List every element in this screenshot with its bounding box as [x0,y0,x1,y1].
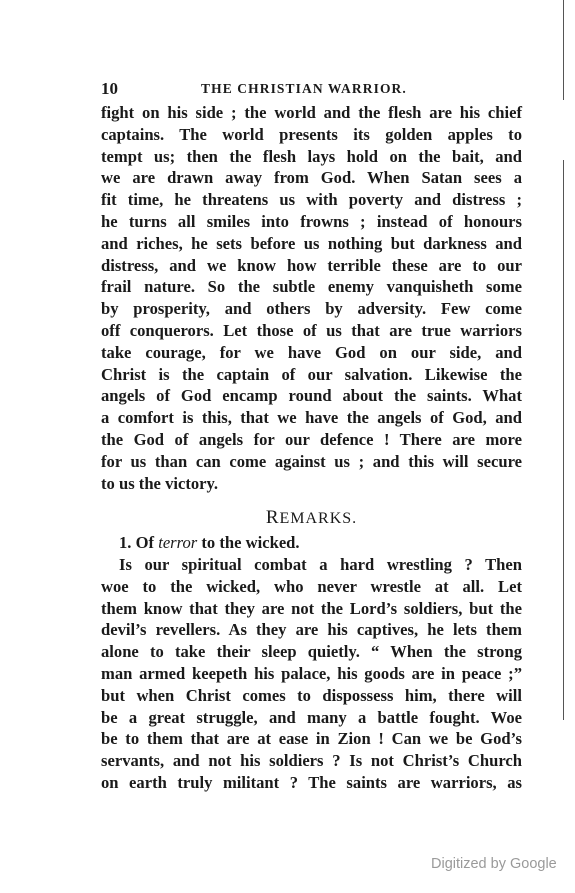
paragraph-1: fight on his side ; the world and the fl… [101,102,522,494]
digitized-watermark: Digitized by Google [431,856,557,872]
page-edge-line [563,160,564,720]
text-line: devil’s revellers. As they are his capti… [101,619,522,641]
heading-rest: EMARKS. [280,510,358,527]
text-line: take courage, for we have God on our sid… [101,342,522,364]
section-heading-remarks: REMARKS. [101,507,522,529]
text-line: alone to take their sleep quietly. “ Whe… [101,641,522,663]
paragraph-2: Is our spiritual combat a hard wrestling… [101,554,522,794]
text-line: be a great struggle, and many a battle f… [101,707,522,729]
heading-initial: R [266,507,280,528]
page-number: 10 [101,79,118,99]
item-prefix: Of [136,533,154,552]
text-line: by prosperity, and others by adversity. … [101,298,522,320]
text-line: the God of angels for our defence ! Ther… [101,429,522,451]
text-line: but when Christ comes to dispossess him,… [101,685,522,707]
book-page: 10 THE CHRISTIAN WARRIOR. fight on his s… [0,0,575,893]
text-line: to us the victory. [101,473,522,495]
text-line: fight on his side ; the world and the fl… [101,102,522,124]
page-edge-line [563,0,564,100]
running-title: THE CHRISTIAN WARRIOR. [201,81,407,97]
item-number: 1. [119,533,131,552]
page-body: fight on his side ; the world and the fl… [101,102,522,794]
text-line: woe to the wicked, who never wrestle at … [101,576,522,598]
text-line: tempt us; then the flesh lays hold on th… [101,146,522,168]
item-emphasis: terror [158,533,197,552]
text-line: distress, and we know how terrible these… [101,255,522,277]
text-line: and riches, he sets before us nothing bu… [101,233,522,255]
text-line: them know that they are not the Lord’s s… [101,598,522,620]
item-suffix: to the wicked. [201,533,299,552]
text-line: for us than can come against us ; and th… [101,451,522,473]
text-line: be to them that are at ease in Zion ! Ca… [101,728,522,750]
text-line: Is our spiritual combat a hard wrestling… [101,554,522,576]
text-line: a comfort is this, that we have the ange… [101,407,522,429]
text-line: angels of God encamp round about the sai… [101,385,522,407]
text-line: servants, and not his soldiers ? Is not … [101,750,522,772]
text-line: frail nature. So the subtle enemy vanqui… [101,276,522,298]
text-line: fit time, he threatens us with poverty a… [101,189,522,211]
text-line: man armed keepeth his palace, his goods … [101,663,522,685]
text-line: we are drawn away from God. When Satan s… [101,167,522,189]
remark-item-1-heading: 1. Of terror to the wicked. [101,532,522,554]
text-line: he turns all smiles into frowns ; instea… [101,211,522,233]
text-line: on earth truly militant ? The saints are… [101,772,522,794]
text-line: off conquerors. Let those of us that are… [101,320,522,342]
page-header: 10 THE CHRISTIAN WARRIOR. [101,79,521,101]
text-line: Christ is the captain of our salvation. … [101,364,522,386]
text-line: captains. The world presents its golden … [101,124,522,146]
